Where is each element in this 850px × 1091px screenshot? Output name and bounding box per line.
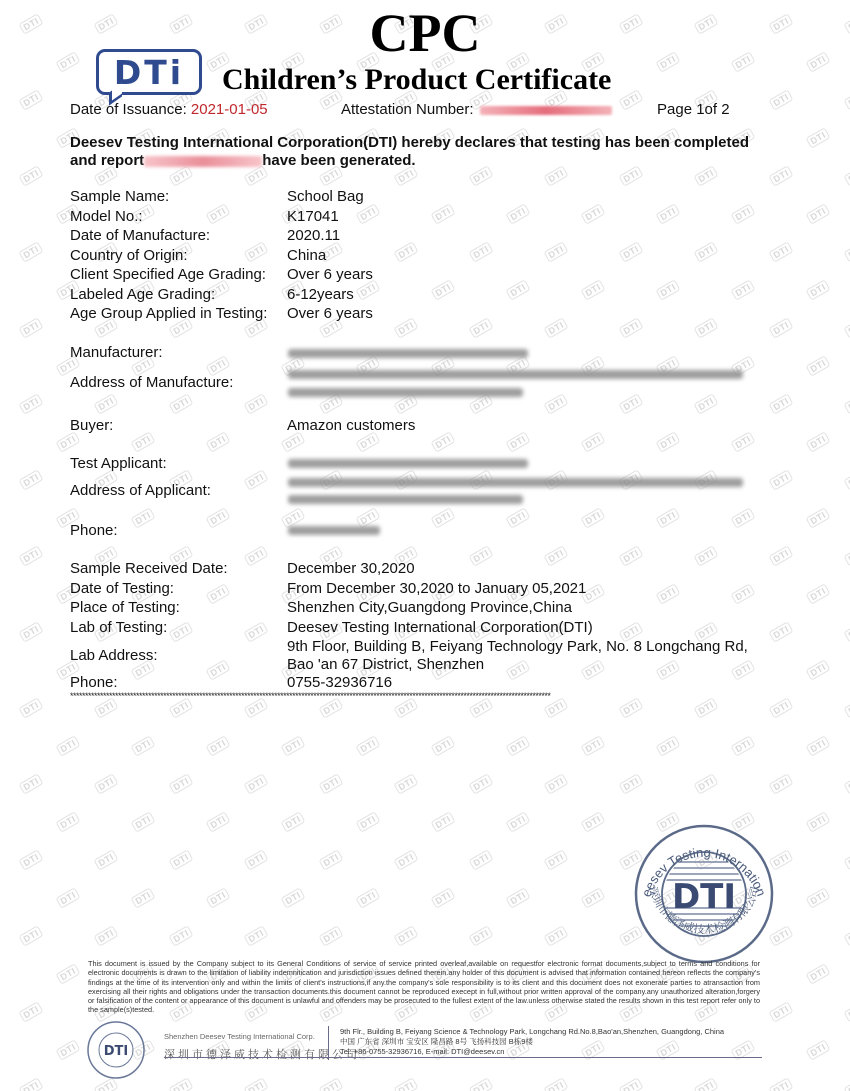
field-label: Test Applicant:: [70, 454, 167, 474]
footer-logo-text: DTI: [104, 1044, 129, 1059]
page-indicator: Page 1of 2: [657, 101, 730, 119]
field-value: 0755-32936716: [287, 673, 392, 693]
field-value: 6-12years: [287, 285, 354, 305]
manufacture-address-blurred-line1: [288, 370, 743, 379]
field-value: Over 6 years: [287, 265, 373, 285]
field-label: Country of Origin:: [70, 246, 188, 266]
lab-address-line2: Bao 'an 67 District, Shenzhen: [287, 655, 484, 675]
issuance-label: Date of Issuance:: [70, 101, 187, 118]
attestation-redacted: [480, 106, 612, 115]
dti-seal-stamp: DTI Deesev Testing International 深圳市德泽威技…: [630, 818, 778, 966]
issuance-value: 2021-01-05: [191, 101, 268, 118]
document-subtitle: Children’s Product Certificate: [222, 62, 611, 98]
logo-text: DTi: [114, 53, 184, 92]
declaration-line2-start: and report: [70, 152, 144, 169]
declaration-text: Deesev Testing International Corporation…: [70, 134, 780, 170]
field-value: Amazon customers: [287, 416, 415, 436]
applicant-blurred: [288, 459, 528, 468]
field-label: Buyer:: [70, 416, 113, 436]
field-label: Place of Testing:: [70, 598, 180, 618]
field-value: School Bag: [287, 187, 364, 207]
field-label: Manufacturer:: [70, 343, 163, 363]
field-label: Date of Manufacture:: [70, 226, 210, 246]
field-label: Labeled Age Grading:: [70, 285, 215, 305]
declaration-line2-end: have been generated.: [262, 152, 415, 169]
lab-address-line1: 9th Floor, Building B, Feiyang Technolog…: [287, 637, 748, 657]
declaration-line1: Deesev Testing International Corporation…: [70, 134, 749, 151]
report-number-redacted: [144, 156, 262, 167]
field-label: Sample Name:: [70, 187, 169, 207]
footer-company-cn: 深圳市德泽威技术检测有限公司: [164, 1047, 360, 1063]
field-label: Address of Manufacture:: [70, 373, 233, 393]
footer-company-en: Shenzhen Deesev Testing International Co…: [164, 1031, 360, 1043]
field-label: Lab of Testing:: [70, 618, 167, 638]
field-label: Date of Testing:: [70, 579, 174, 599]
applicant-address-blurred-line1: [288, 478, 743, 487]
manufacturer-blurred: [288, 349, 528, 358]
legal-disclaimer: This document is issued by the Company s…: [88, 959, 760, 1015]
field-value: 2020.11: [287, 226, 340, 246]
field-label: Age Group Applied in Testing:: [70, 304, 267, 324]
footer-divider-horizontal: [164, 1057, 762, 1058]
footer-address-block: 9th Flr., Building B, Feiyang Science & …: [340, 1027, 724, 1057]
field-value: December 30,2020: [287, 559, 415, 579]
dti-logo: DTi: [96, 49, 202, 95]
field-label: Phone:: [70, 673, 118, 693]
attestation-label: Attestation Number:: [341, 101, 474, 119]
field-label: Lab Address:: [70, 646, 158, 666]
footer-contact: Tel: +86-0755-32936716, E-mail: DTI@dees…: [340, 1047, 724, 1057]
field-label: Phone:: [70, 521, 118, 541]
field-value: From December 30,2020 to January 05,2021: [287, 579, 586, 599]
manufacture-address-blurred-line2: [288, 388, 523, 397]
attestation-number: Attestation Number:: [341, 101, 612, 119]
applicant-address-blurred-line2: [288, 495, 523, 504]
field-label: Sample Received Date:: [70, 559, 228, 579]
field-label: Client Specified Age Grading:: [70, 265, 266, 285]
field-value: Over 6 years: [287, 304, 373, 324]
footer-address-cn: 中国 广东省 深圳市 宝安区 隆昌路 8号 飞扬科技园 B栋9楼: [340, 1037, 724, 1047]
footer-dti-seal-icon: DTI: [86, 1020, 146, 1080]
field-label: Address of Applicant:: [70, 481, 211, 501]
field-value: Deesev Testing International Corporation…: [287, 618, 593, 638]
applicant-phone-blurred: [288, 526, 380, 535]
footer-address-en: 9th Flr., Building B, Feiyang Science & …: [340, 1027, 724, 1037]
field-label: Model No.:: [70, 207, 143, 227]
seal-center-text: DTI: [672, 877, 736, 917]
asterisk-separator: ****************************************…: [70, 691, 780, 701]
field-value: K17041: [287, 207, 339, 227]
footer-company-name: Shenzhen Deesev Testing International Co…: [164, 1031, 360, 1063]
field-value: Shenzhen City,Guangdong Province,China: [287, 598, 572, 618]
field-value: China: [287, 246, 326, 266]
certificate-page: CPC DTi Children’s Product Certificate D…: [0, 0, 850, 1091]
footer-divider-vertical: [328, 1026, 329, 1060]
issuance-date: Date of Issuance: 2021-01-05: [70, 101, 268, 119]
